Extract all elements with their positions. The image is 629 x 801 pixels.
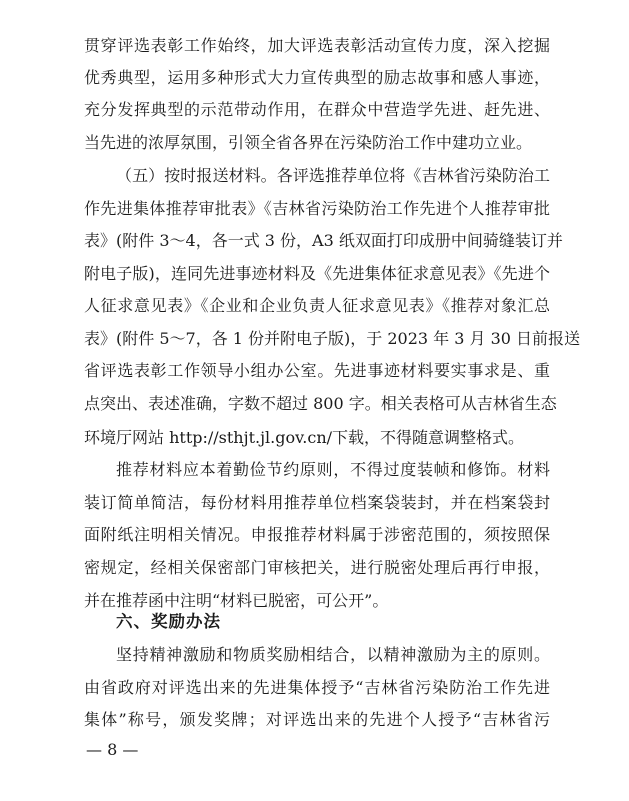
paragraph-line: 面附纸注明相关情况。申报推荐材料属于涉密范围的，须按照保 — [84, 523, 550, 547]
paragraph-line: 贯穿评选表彰工作始终，加大评选表彰活动宣传力度，深入挖掘 — [84, 34, 550, 58]
paragraph-line: 表》(附件 5～7，各 1 份并附电子版)，于 2023 年 3 月 30 日前… — [84, 327, 550, 351]
paragraph-line: 装订简单简洁，每份材料用推荐单位档案袋装封，并在档案袋封 — [84, 491, 550, 515]
paragraph-line: 作先进集体推荐审批表》《吉林省污染防治工作先进个人推荐审批 — [84, 197, 550, 221]
paragraph-line: 人征求意见表》《企业和企业负责人征求意见表》《推荐对象汇总 — [84, 294, 550, 318]
paragraph-line: 省评选表彰工作领导小组办公室。先进事迹材料要实事求是、重 — [84, 359, 550, 383]
paragraph-line-subheading: （五）按时报送材料。各评选推荐单位将《吉林省污染防治工 — [116, 164, 550, 188]
paragraph-line: 由省政府对评选出来的先进集体授予“吉林省污染防治工作先进 — [84, 676, 550, 700]
paragraph-line: 当先进的浓厚氛围，引领全省各界在污染防治工作中建功立业。 — [84, 131, 550, 155]
paragraph-line: 集体”称号，颁发奖牌；对评选出来的先进个人授予“吉林省污 — [84, 708, 550, 732]
paragraph-line: 坚持精神激励和物质奖励相结合，以精神激励为主的原则。 — [116, 643, 550, 667]
paragraph-line: 表》(附件 3～4，各一式 3 份，A3 纸双面打印成册中间骑缝装订并 — [84, 229, 550, 253]
section-heading: 六、奖励办法 — [116, 610, 221, 634]
document-page: 贯穿评选表彰工作始终，加大评选表彰活动宣传力度，深入挖掘 优秀典型，运用多种形式… — [0, 0, 629, 801]
paragraph-line: 密规定，经相关保密部门审核把关，进行脱密处理后再行申报， — [84, 556, 550, 580]
paragraph-line-url: 环境厅网站 http://sthjt.jl.gov.cn/下载，不得随意调整格式… — [84, 426, 550, 450]
paragraph-line: 优秀典型，运用多种形式大力宣传典型的励志故事和感人事迹， — [84, 66, 550, 90]
paragraph-line: 充分发挥典型的示范带动作用，在群众中营造学先进、赶先进、 — [84, 98, 550, 122]
paragraph-line: 附电子版)，连同先进事迹材料及《先进集体征求意见表》《先进个 — [84, 262, 550, 286]
paragraph-line: 推荐材料应本着勤俭节约原则，不得过度装帧和修饰。材料 — [116, 458, 550, 482]
page-number: — 8 — — [86, 738, 138, 762]
paragraph-line: 点突出、表述准确，字数不超过 800 字。相关表格可从吉林省生态 — [84, 392, 550, 416]
